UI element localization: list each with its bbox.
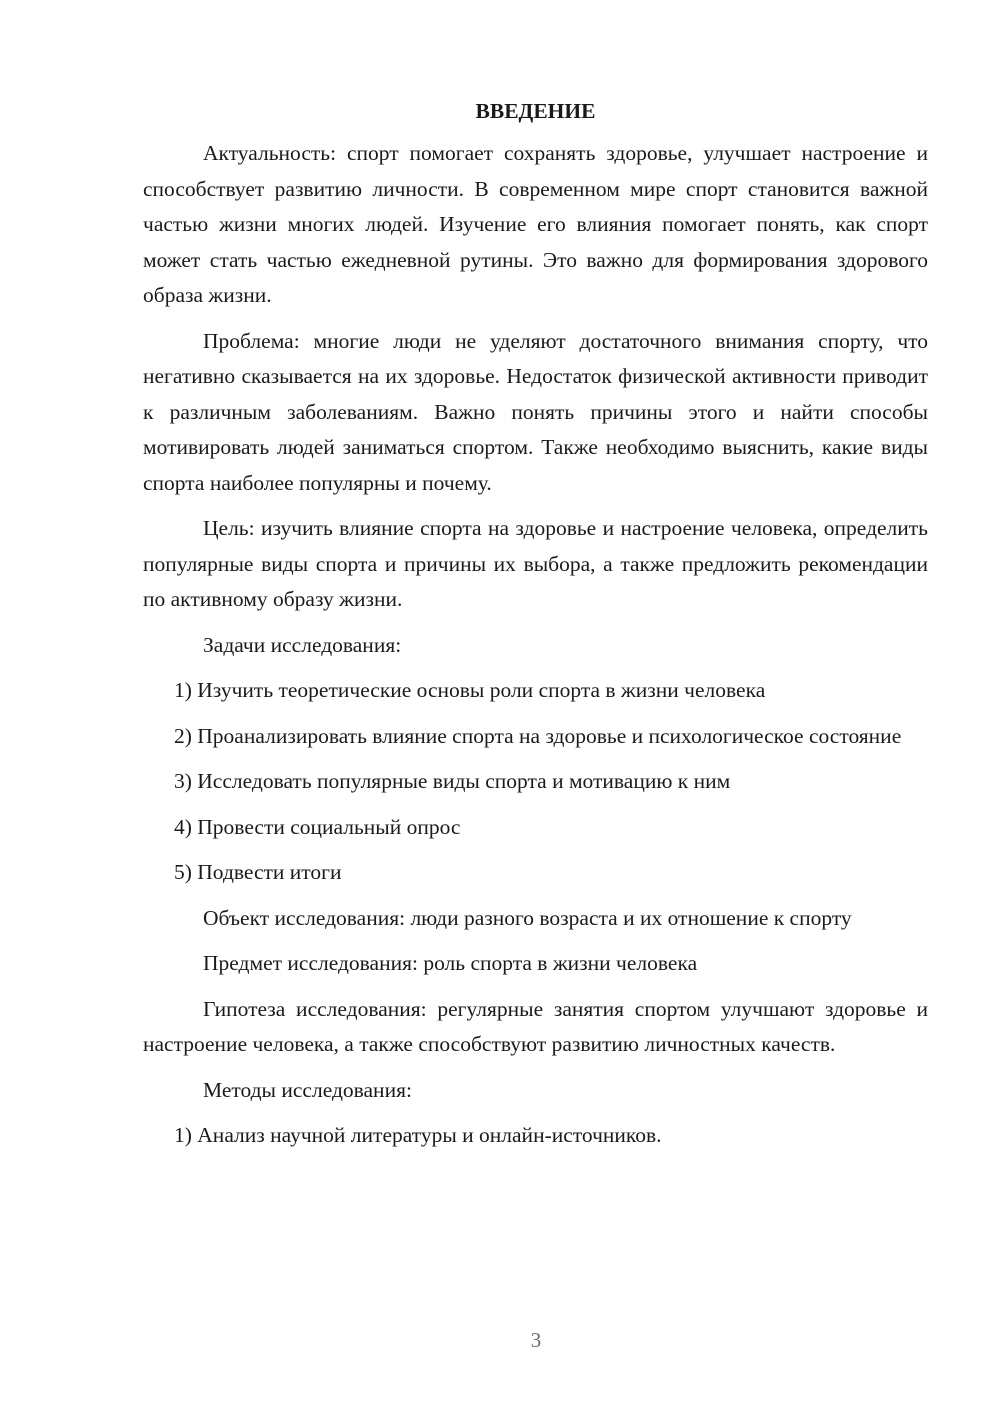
page-content: ВВЕДЕНИЕ Актуальность: спорт помогает со… [143, 96, 928, 1164]
task-item: 5) Подвести итоги [143, 855, 928, 891]
object-paragraph: Объект исследования: люди разного возрас… [143, 901, 928, 937]
tasks-heading: Задачи исследования: [143, 628, 928, 664]
task-item: 3) Исследовать популярные виды спорта и … [143, 764, 928, 800]
page-number: 3 [0, 1328, 1000, 1353]
goal-paragraph: Цель: изучить влияние спорта на здоровье… [143, 511, 928, 618]
subject-paragraph: Предмет исследования: роль спорта в жизн… [143, 946, 928, 982]
task-item: 1) Изучить теоретические основы роли спо… [143, 673, 928, 709]
tasks-list: 1) Изучить теоретические основы роли спо… [143, 673, 928, 891]
methods-list: 1) Анализ научной литературы и онлайн-ис… [143, 1118, 928, 1154]
task-item: 2) Проанализировать влияние спорта на зд… [143, 719, 928, 755]
document-page: ВВЕДЕНИЕ Актуальность: спорт помогает со… [0, 0, 1000, 1414]
method-item: 1) Анализ научной литературы и онлайн-ис… [143, 1118, 928, 1154]
task-item: 4) Провести социальный опрос [143, 810, 928, 846]
section-title: ВВЕДЕНИЕ [143, 96, 928, 126]
relevance-paragraph: Актуальность: спорт помогает сохранять з… [143, 136, 928, 314]
methods-heading: Методы исследования: [143, 1073, 928, 1109]
hypothesis-paragraph: Гипотеза исследования: регулярные заняти… [143, 992, 928, 1063]
problem-paragraph: Проблема: многие люди не уделяют достато… [143, 324, 928, 502]
